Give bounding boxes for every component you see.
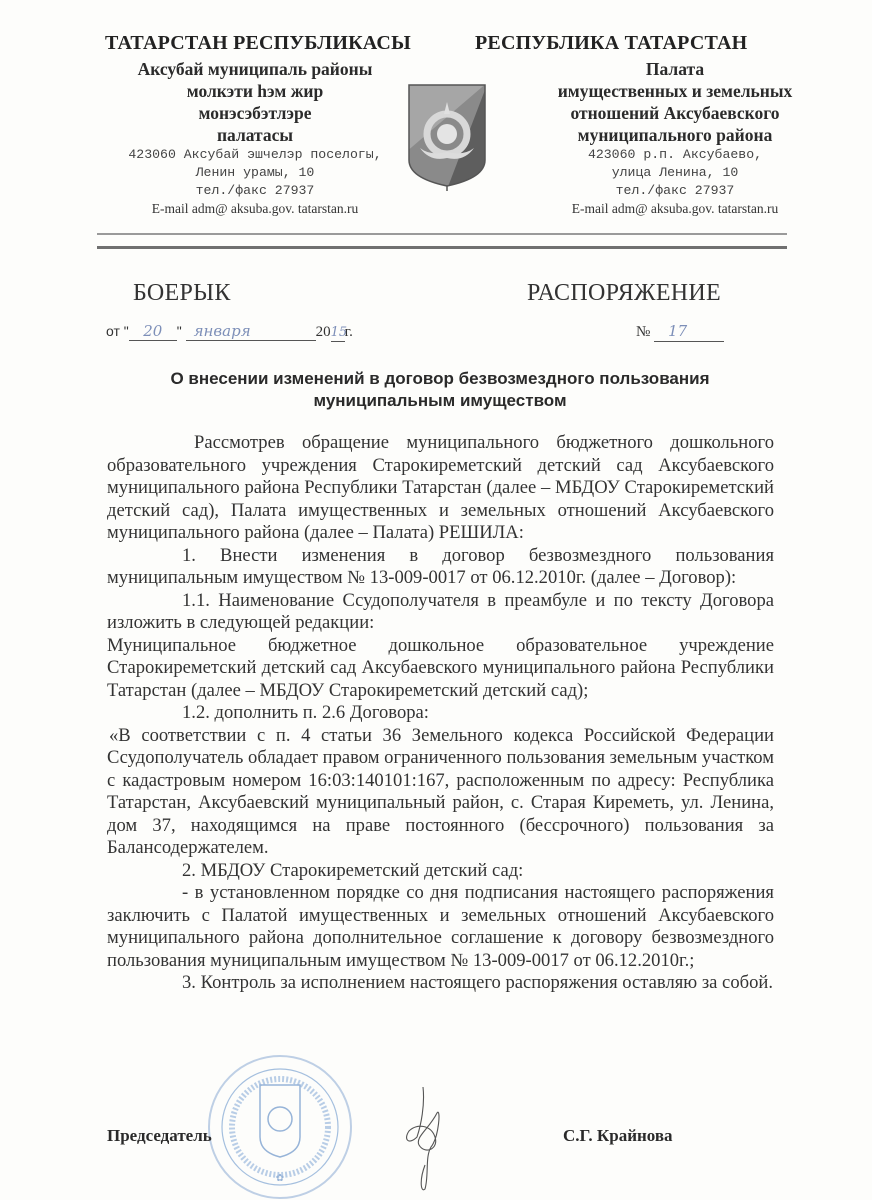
date-month: января (186, 322, 251, 340)
org-line: палатасы (105, 124, 405, 146)
header-right-address: 423060 р.п. Аксубаево, улица Ленина, 10 … (525, 146, 825, 200)
clause-1: 1. Внести изменения в договор безвозмезд… (107, 545, 774, 590)
handwritten-signature-icon (395, 1085, 455, 1195)
preamble: Рассмотрев обращение муниципального бюдж… (107, 432, 774, 545)
doc-kind-russian: РАСПОРЯЖЕНИЕ (527, 280, 721, 307)
date-quote: " (177, 323, 182, 339)
header-left-title: ТАТАРСТАН РЕСПУБЛИКАСЫ (105, 32, 405, 55)
document-subject: О внесении изменений в договор безвозмез… (100, 368, 780, 412)
org-line: муниципального района (525, 124, 825, 146)
svg-text:✿: ✿ (276, 1173, 284, 1184)
clause-1-2: 1.2. дополнить п. 2.6 Договора: (107, 702, 774, 725)
signatory-position: Председатель (107, 1126, 212, 1146)
header-left-address: 423060 Аксубай эшчелэр поселогы, Ленин у… (105, 146, 405, 200)
date-year-end: г. (345, 324, 353, 340)
clause-1-1: 1.1. Наименование Ссудополучателя в преа… (107, 590, 774, 635)
clause-2: 2. МБДОУ Старокиреметский детский сад: (107, 860, 774, 883)
subject-line: муниципальным имуществом (100, 390, 780, 412)
official-stamp-icon: ✿ (208, 1055, 352, 1199)
clause-2-text: - в установленном порядке со дня подписа… (107, 882, 774, 972)
org-line: имущественных и земельных (525, 80, 825, 102)
address-line: Ленин урамы, 10 (105, 164, 405, 182)
org-line: отношений Аксубаевского (525, 102, 825, 124)
header-right-email: E-mail adm@ aksuba.gov. tatarstan.ru (525, 200, 825, 218)
clause-3: 3. Контроль за исполнением настоящего ра… (107, 972, 774, 995)
header-right-title: РЕСПУБЛИКА ТАТАРСТАН (470, 32, 850, 55)
number-label: № (636, 324, 650, 340)
date-prefix: от " (106, 323, 129, 339)
date-year-prefix: 20 (316, 324, 331, 340)
org-line: Аксубай муниципаль районы (105, 58, 405, 80)
header-left-org: Аксубай муниципаль районы молкэти hэм жи… (105, 58, 405, 146)
document-date: от "20" января2015г. (106, 322, 353, 342)
org-line: молкэти hэм жир (105, 80, 405, 102)
date-day: 20 (143, 322, 162, 340)
org-line: Палата (525, 58, 825, 80)
document-body: Рассмотрев обращение муниципального бюдж… (107, 432, 774, 995)
header-left: ТАТАРСТАН РЕСПУБЛИКАСЫ Аксубай муниципал… (105, 32, 405, 218)
header-divider-top (97, 233, 787, 235)
signatory-name: С.Г. Крайнова (563, 1126, 673, 1146)
address-line: улица Ленина, 10 (525, 164, 825, 182)
document-number: № 17 (636, 322, 724, 342)
header-divider-bottom (97, 246, 787, 249)
header-right-org: Палата имущественных и земельных отношен… (525, 58, 825, 146)
doc-kind-tatar: БОЕРЫК (133, 280, 231, 307)
subject-line: О внесении изменений в договор безвозмез… (100, 368, 780, 390)
address-line: 423060 р.п. Аксубаево, (525, 146, 825, 164)
address-line: тел./факс 27937 (105, 182, 405, 200)
org-line: монэсэбэтлэре (105, 102, 405, 124)
header-left-email: E-mail adm@ aksuba.gov. tatarstan.ru (105, 200, 405, 218)
address-line: 423060 Аксубай эшчелэр поселогы, (105, 146, 405, 164)
clause-1-1-text: Муниципальное бюджетное дошкольное образ… (107, 635, 774, 703)
address-line: тел./факс 27937 (525, 182, 825, 200)
clause-1-2-text: «В соответствии с п. 4 статьи 36 Земельн… (107, 725, 774, 860)
number-value: 17 (654, 322, 687, 340)
header-right: РЕСПУБЛИКА ТАТАРСТАН Палата имущественны… (470, 32, 850, 218)
